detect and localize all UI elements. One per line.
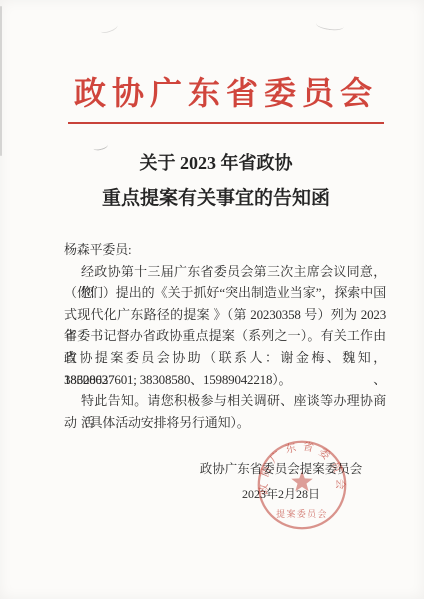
body-line: 特此告知。请您积极参与相关调研、座谈等办理协商活 <box>64 390 386 412</box>
scan-smudge <box>99 21 119 35</box>
letter-body: 杨森平委员:经政协第十三届广东省委员会第三次主席会议同意，您（你们）提出的《关于… <box>64 239 386 433</box>
scan-smudge <box>315 18 344 31</box>
body-line: 动（具体活动安排将另行通知）。 <box>64 412 386 434</box>
letterhead-divider <box>68 122 384 124</box>
scan-edge-artifact <box>0 6 2 156</box>
doc-title-line1: 关于 2023 年省政协 <box>4 149 424 175</box>
body-line: 式现代化广东路径的提案 》（第 20230358 号）列为 2023 年 <box>64 304 386 326</box>
seal-bottom-text: 提案委员会 <box>276 508 328 519</box>
body-line: 政协提案委员会协助（联系人：谢金梅、魏知，38308637、 <box>64 347 386 369</box>
body-line: 杨森平委员: <box>64 239 386 261</box>
signature-block: 政协广东省委员会提案委员会 2023年2月28日 <box>181 461 381 502</box>
body-line: 经政协第十三届广东省委员会第三次主席会议同意，您 <box>64 261 386 283</box>
doc-title-line2: 重点提案有关事宜的告知函 <box>4 183 424 210</box>
signature-date: 2023年2月28日 <box>181 487 381 502</box>
body-line: 省委书记督办省政协重点提案（系列之一）。有关工作由省 <box>64 325 386 347</box>
letterhead-title: 政协广东省委员会 <box>28 68 424 114</box>
signature-org: 政协广东省委员会提案委员会 <box>181 461 381 477</box>
letter-page: 政协广东省委员会 关于 2023 年省政协 重点提案有关事宜的告知函 杨森平委员… <box>0 0 424 599</box>
body-line: （你们）提出的《关于抓好“突出制造业当家”，探索中国 <box>64 282 386 304</box>
